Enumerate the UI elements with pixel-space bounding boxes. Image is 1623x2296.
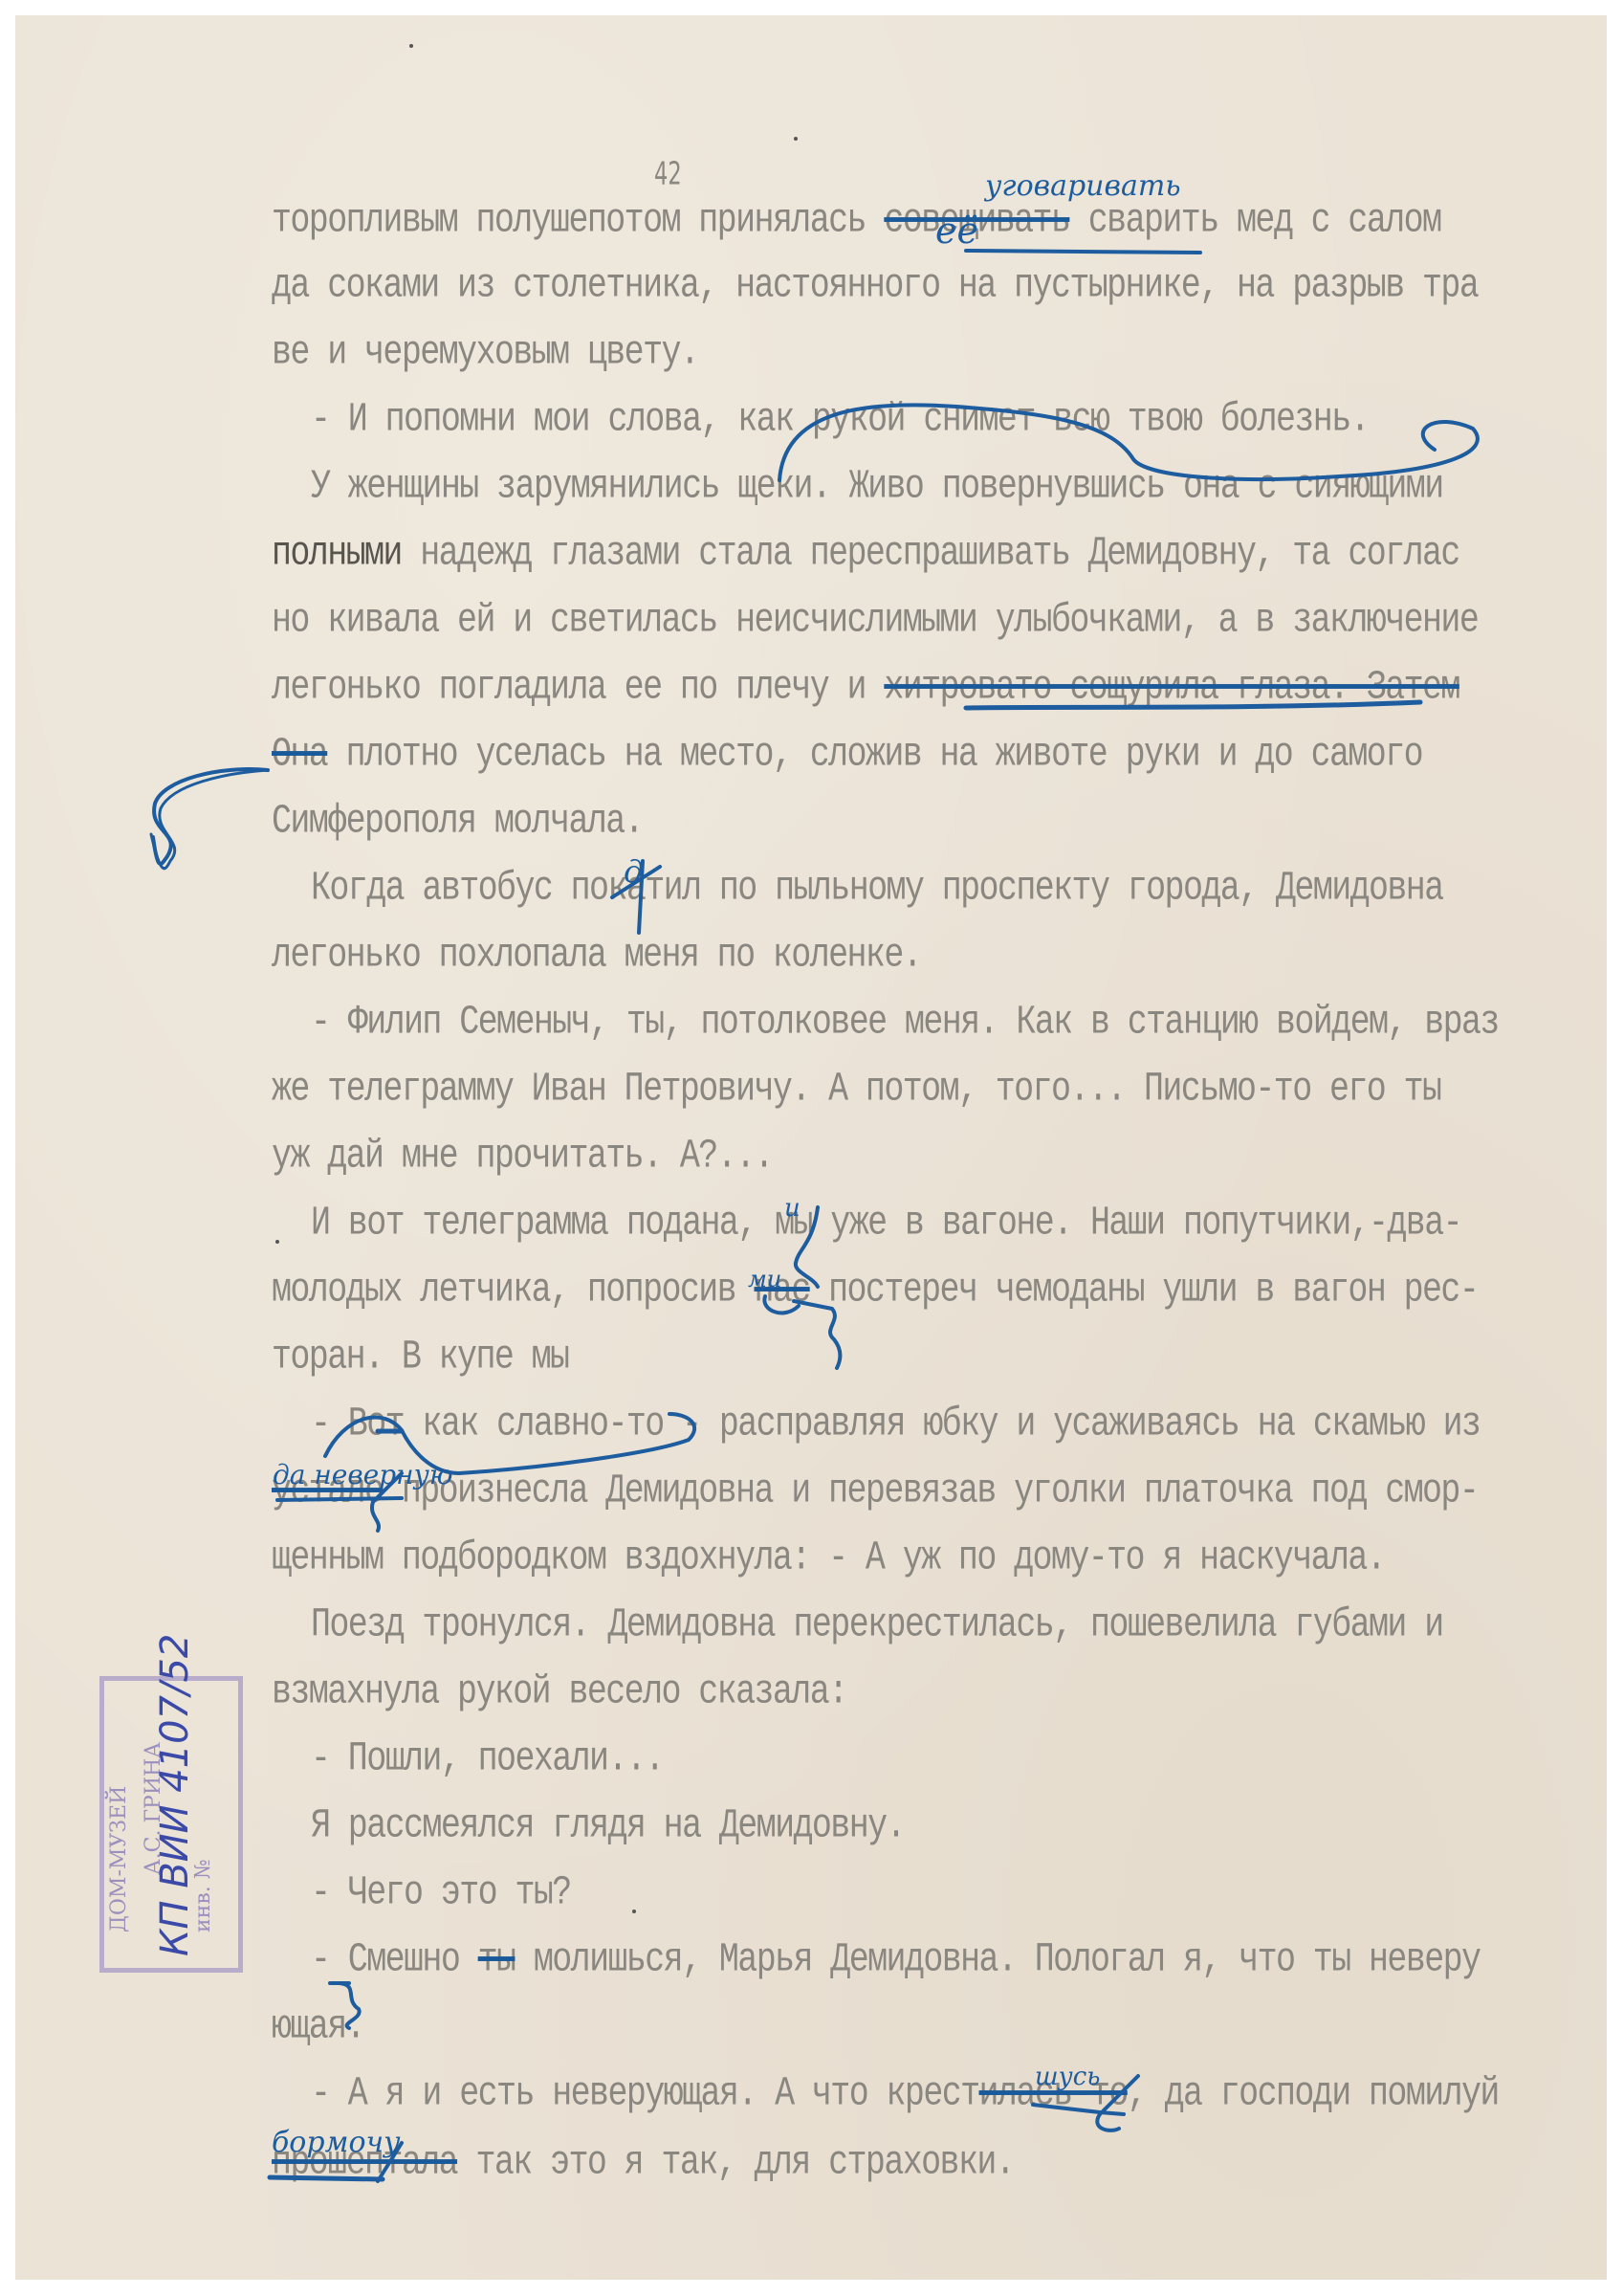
handwritten-ee: её bbox=[935, 212, 978, 249]
typed-line: уж дай мне прочитать. А?... bbox=[272, 1137, 773, 1178]
line-text: уж дай мне прочитать. А?... bbox=[272, 1133, 773, 1180]
typed-line: торопливым полушепотом принялась совещив… bbox=[272, 201, 1440, 242]
line-text: взмахнула рукой весело сказала: bbox=[272, 1668, 847, 1715]
handwritten-i: и bbox=[784, 1196, 801, 1221]
line-text: , да господи помилуй bbox=[1128, 2070, 1499, 2117]
typed-line: легонько похлопала меня по коленке. bbox=[272, 936, 921, 977]
line-text: ющая. bbox=[272, 2003, 364, 2050]
handwritten-mi: ми bbox=[748, 1268, 781, 1291]
line-text: постереч чемоданы ушли в вагон рес- bbox=[810, 1267, 1479, 1314]
typed-line: - Филип Семеныч, ты, потолковее меня. Ка… bbox=[311, 1003, 1499, 1044]
typed-line: - Чего это ты? bbox=[311, 1873, 571, 1914]
handwritten-d: д bbox=[624, 856, 643, 887]
line-text: - Пошли, поехали... bbox=[311, 1735, 664, 1782]
typed-line: молодых летчика, попросив нас постереч ч… bbox=[272, 1270, 1478, 1312]
typed-line: Она плотно уселась на место, сложив на ж… bbox=[272, 735, 1422, 776]
typed-line: Поезд тронулся. Демидовна перекрестилась… bbox=[311, 1605, 1443, 1646]
typed-line: - А я и есть неверующая. А что крестилас… bbox=[311, 2074, 1499, 2115]
line-text: - Чего это ты? bbox=[311, 1869, 571, 1916]
struck-text: Она bbox=[272, 731, 327, 778]
stamp-line-1: ДОМ-МУЗЕЙ bbox=[107, 1786, 131, 1932]
typed-line: же телеграмму Иван Петровичу. А потом, т… bbox=[272, 1070, 1440, 1111]
handwritten-ugovarivat: уговаривать bbox=[985, 172, 1181, 201]
line-text: произнесла Демидовна и перевязав уголки … bbox=[383, 1468, 1478, 1514]
line-text: Симферополя молчала. bbox=[272, 798, 643, 845]
line-text: молишься, Марья Демидовна. Пологал я, чт… bbox=[515, 1936, 1480, 1983]
line-text: так это я так, для страховки. bbox=[457, 2139, 1014, 2186]
line-text: молодых летчика, попросив bbox=[272, 1267, 755, 1314]
line-text: торопливым полушепотом принялась bbox=[272, 197, 884, 244]
line-text: - Смешно bbox=[311, 1936, 478, 1983]
line-text: легонько погладила ее по плечу и bbox=[272, 664, 884, 711]
typed-line: щенным подбородком вздохнула: - А уж по … bbox=[272, 1538, 1385, 1579]
line-text: У женщины зарумянились щеки. Живо поверн… bbox=[311, 463, 1443, 510]
typed-line: - Пошли, поехали... bbox=[311, 1739, 664, 1780]
typed-line: торан. В купе мы bbox=[272, 1337, 568, 1379]
line-text: сварить мед с салом bbox=[1069, 197, 1440, 244]
line-text: Я рассмеялся глядя на Демидовну. bbox=[311, 1802, 905, 1849]
typed-line: но кивала ей и светилась неисчислимыми у… bbox=[272, 601, 1478, 642]
line-text: надежд глазами стала переспрашивать Деми… bbox=[402, 530, 1459, 577]
inventory-number: КП ВИИ 4107/52 bbox=[153, 1634, 197, 1956]
line-text: Когда автобус покатил по пыльному проспе… bbox=[311, 865, 1443, 912]
line-text: - И попомни мои слова, как рукой снимет … bbox=[311, 396, 1369, 443]
line-text: легонько похлопала меня по коленке. bbox=[272, 932, 921, 979]
typed-line: ве и черемуховым цвету. bbox=[272, 333, 698, 374]
struck-text: хитровато сощурила глаза. Затем bbox=[884, 664, 1459, 711]
typed-line: У женщины зарумянились щеки. Живо поверн… bbox=[311, 467, 1443, 508]
line-text: Поезд тронулся. Демидовна перекрестилась… bbox=[311, 1601, 1443, 1648]
typed-line: да соками из столетника, настоянного на … bbox=[272, 266, 1478, 307]
line-text: торан. В купе мы bbox=[272, 1334, 568, 1380]
typed-line: - Вот как славно-то - расправляя юбку и … bbox=[311, 1404, 1480, 1446]
typed-line: - И попомни мои слова, как рукой снимет … bbox=[311, 400, 1369, 441]
line-text: же телеграмму Иван Петровичу. А потом, т… bbox=[272, 1066, 1440, 1113]
line-text: да соками из столетника, настоянного на … bbox=[272, 262, 1478, 309]
typed-line: Когда автобус покатил по пыльному проспе… bbox=[311, 869, 1443, 910]
handwritten-da-nevernuyu: да неверную bbox=[273, 1462, 452, 1489]
line-text: - Вот как славно-то - расправляя юбку и … bbox=[311, 1401, 1480, 1447]
line-text: - Филип Семеныч, ты, потолковее меня. Ка… bbox=[311, 999, 1499, 1046]
typed-line: полными надежд глазами стала переспрашив… bbox=[272, 534, 1459, 575]
handwritten-shus: шусь bbox=[1035, 2064, 1100, 2089]
line-text: плотно уселась на место, сложив на живот… bbox=[327, 731, 1422, 778]
line-text: щенным подбородком вздохнула: - А уж по … bbox=[272, 1534, 1385, 1581]
typed-line: И вот телеграмма подана, мы уже в вагоне… bbox=[311, 1203, 1461, 1245]
typed-line: ющая. bbox=[272, 2007, 364, 2048]
line-text: но кивала ей и светилась неисчислимыми у… bbox=[272, 597, 1478, 644]
typed-line: - Смешно ты молишься, Марья Демидовна. П… bbox=[311, 1940, 1480, 1981]
typed-line: Я рассмеялся глядя на Демидовну. bbox=[311, 1806, 905, 1847]
overtyped-text: полными bbox=[272, 530, 402, 577]
typed-line: Симферополя молчала. bbox=[272, 802, 643, 843]
line-text: ве и черемуховым цвету. bbox=[272, 329, 698, 376]
handwritten-bormochu: бормочу bbox=[272, 2129, 401, 2157]
page-number: 42 bbox=[654, 156, 682, 193]
line-text: - А я и есть неверующая. А что крест bbox=[311, 2070, 979, 2117]
typed-line: взмахнула рукой весело сказала: bbox=[272, 1672, 847, 1713]
line-text: И вот телеграмма подана, мы уже в вагоне… bbox=[311, 1200, 1461, 1247]
typed-line: легонько погладила ее по плечу и хитрова… bbox=[272, 668, 1459, 709]
struck-text: ты bbox=[478, 1936, 515, 1983]
